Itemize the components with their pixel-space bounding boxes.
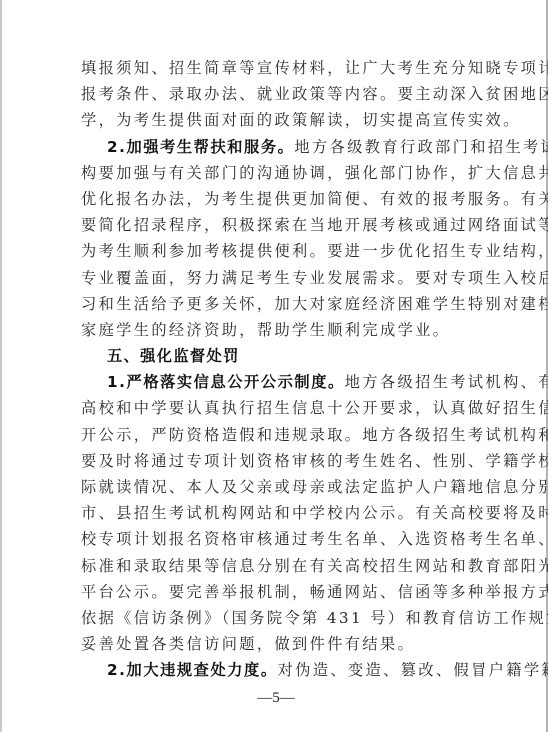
document-page: 填报须知、招生简章等宣传材料，让广大考生充分知晓专项计划的 报考条件、录取办法、… bbox=[0, 0, 548, 732]
item-2-heading: 2.加强考生帮扶和服务。 bbox=[107, 138, 294, 156]
text-line: 构要加强与有关部门的沟通协调，强化部门协作，扩大信息共享， bbox=[81, 160, 473, 186]
section5-item-1-text: 地方各级招生考试机构、有关 bbox=[345, 373, 548, 391]
section5-item-2-text: 对伪造、变造、篡改、假冒户籍学籍等 bbox=[278, 661, 548, 679]
text-line: 填报须知、招生简章等宣传材料，让广大考生充分知晓专项计划的 bbox=[81, 55, 473, 81]
body-text: 填报须知、招生简章等宣传材料，让广大考生充分知晓专项计划的 报考条件、录取办法、… bbox=[81, 55, 473, 684]
text-line: 标准和录取结果等信息分别在有关高校招生网站和教育部阳光高考 bbox=[81, 553, 473, 579]
section5-item-1-first-line: 1.严格落实信息公开公示制度。地方各级招生考试机构、有关 bbox=[81, 369, 473, 395]
text-line: 学，为考生提供面对面的政策解读，切实提高宣传实效。 bbox=[81, 107, 473, 133]
text-line: 际就读情况、本人及父亲或母亲或法定监护人户籍地信息分别在省、 bbox=[81, 474, 473, 500]
text-line: 为考生顺利参加考核提供便利。要进一步优化招生专业结构，扩大 bbox=[81, 238, 473, 264]
text-line: 报考条件、录取办法、就业政策等内容。要主动深入贫困地区和中 bbox=[81, 81, 473, 107]
section5-item-2-heading: 2.加大违规查处力度。 bbox=[107, 661, 278, 679]
text-line: 依据《信访条例》（国务院令第 431 号）和教育信访工作规定，及时 bbox=[81, 605, 473, 631]
section-heading: 五、强化监督处罚 bbox=[81, 343, 473, 369]
item-2-first-line: 2.加强考生帮扶和服务。地方各级教育行政部门和招生考试机 bbox=[81, 134, 473, 160]
item-2-text: 地方各级教育行政部门和招生考试机 bbox=[294, 138, 548, 156]
section5-item-1-heading: 1.严格落实信息公开公示制度。 bbox=[107, 373, 345, 391]
text-line: 高校和中学要认真执行招生信息十公开要求，认真做好招生信息公 bbox=[81, 395, 473, 421]
text-line: 要及时将通过专项计划资格审核的考生姓名、性别、学籍学校、实 bbox=[81, 448, 473, 474]
text-line: 平台公示。要完善举报机制，畅通网站、信函等多种举报方式，并 bbox=[81, 579, 473, 605]
text-line: 要简化招录程序，积极探索在当地开展考核或通过网络面试等方式， bbox=[81, 212, 473, 238]
section5-item-2-first-line: 2.加大违规查处力度。对伪造、变造、篡改、假冒户籍学籍等 bbox=[81, 657, 473, 683]
text-line: 市、县招生考试机构网站和中学校内公示。有关高校要将及时将高 bbox=[81, 500, 473, 526]
text-line: 家庭学生的经济资助，帮助学生顺利完成学业。 bbox=[81, 317, 473, 343]
text-line: 妥善处置各类信访问题，做到件件有结果。 bbox=[81, 631, 473, 657]
text-line: 开公示，严防资格造假和违规录取。地方各级招生考试机构和中学 bbox=[81, 422, 473, 448]
page-number: —5— bbox=[2, 690, 548, 707]
text-line: 校专项计划报名资格审核通过考生名单、入选资格考生名单、录取 bbox=[81, 526, 473, 552]
text-line: 专业覆盖面，努力满足考生专业发展需求。要对专项生入校后的学 bbox=[81, 265, 473, 291]
text-line: 优化报名办法，为考生提供更加简便、有效的报考服务。有关高校 bbox=[81, 186, 473, 212]
text-line: 习和生活给予更多关怀，加大对家庭经济困难学生特别对建档立卡 bbox=[81, 291, 473, 317]
